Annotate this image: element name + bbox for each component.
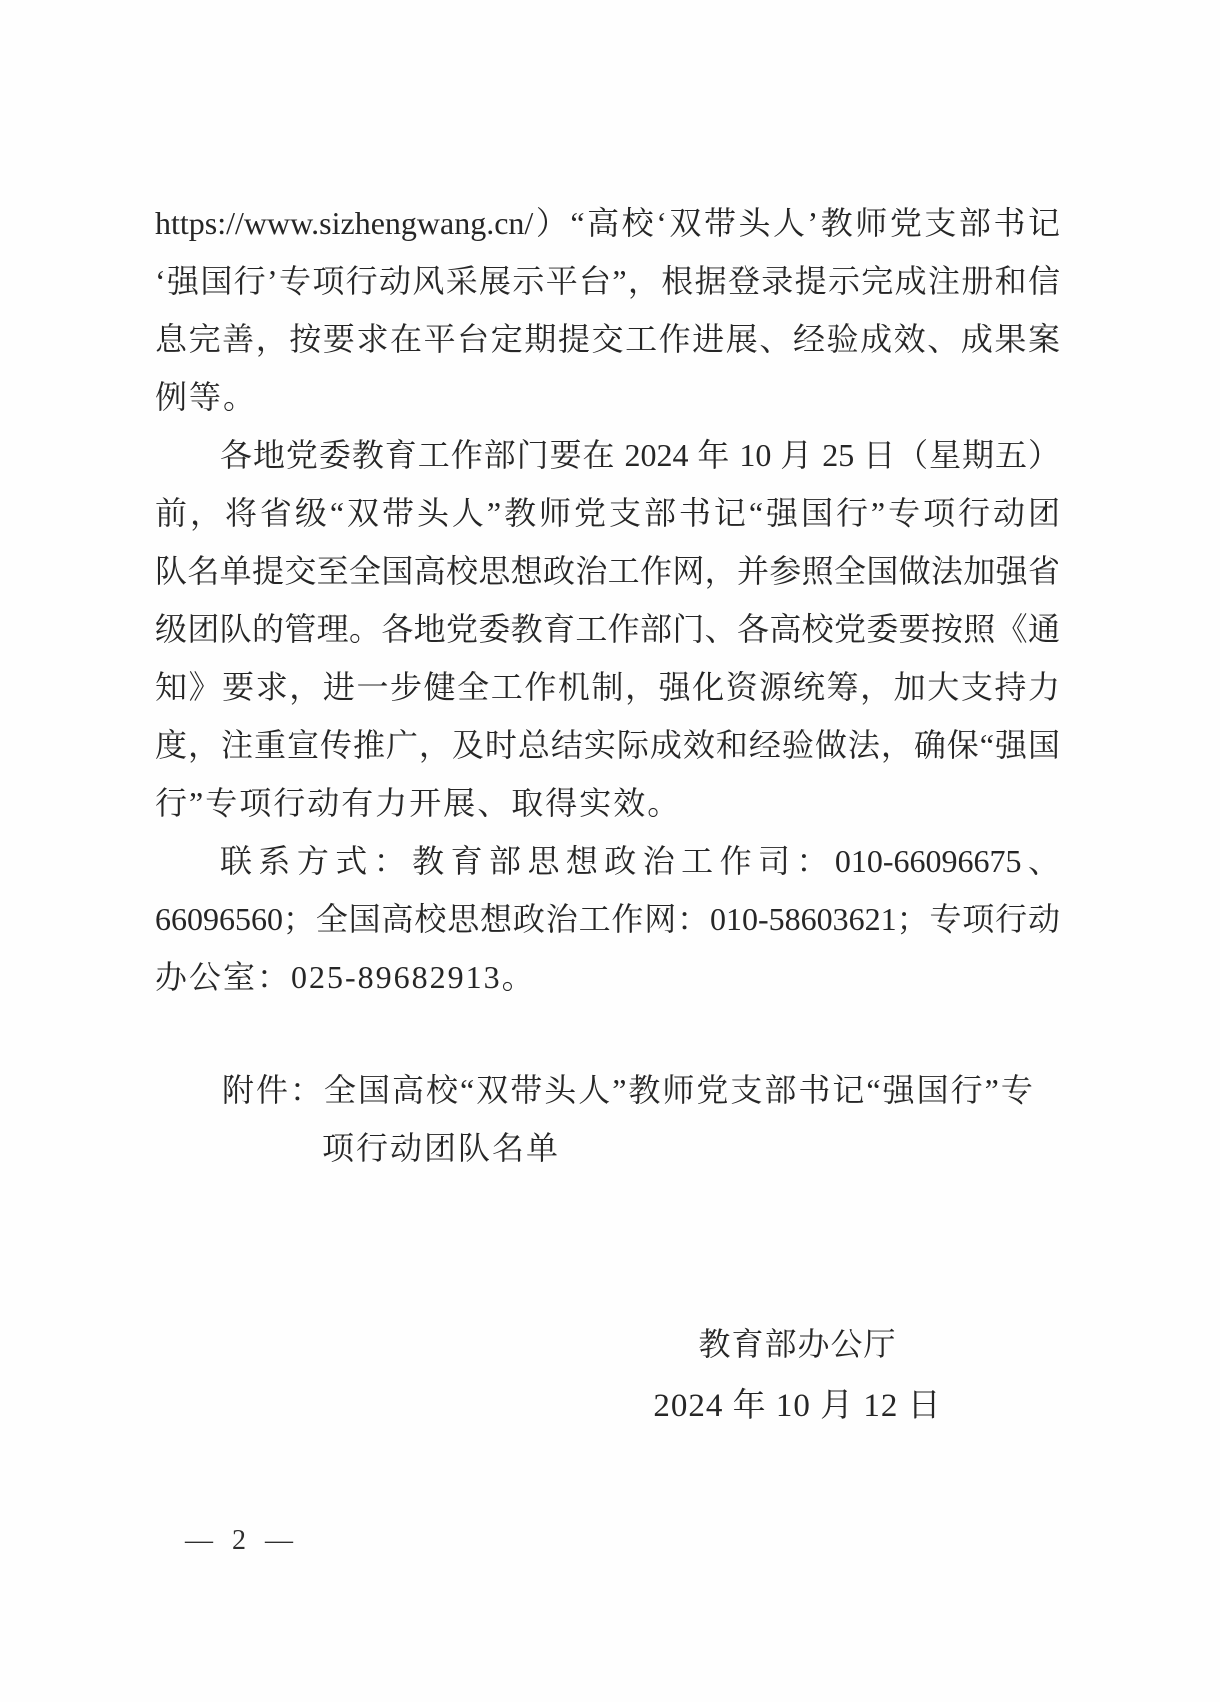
body-line: 行”专项行动有力开展、取得实效。	[155, 774, 1060, 832]
document-page: https://www.sizhengwang.cn/）“高校‘双带头人’教师党…	[0, 0, 1220, 1702]
body-line: ‘强国行’专项行动风采展示平台”，根据登录提示完成注册和信	[155, 252, 1060, 310]
body-line: https://www.sizhengwang.cn/）“高校‘双带头人’教师党…	[155, 194, 1060, 252]
attachment-line: 附件：全国高校“双带头人”教师党支部书记“强国行”专	[155, 1061, 1060, 1119]
body-line: 前，将省级“双带头人”教师党支部书记“强国行”专项行动团	[155, 484, 1060, 542]
body-line: 知》要求，进一步健全工作机制，强化资源统筹，加大支持力	[155, 658, 1060, 716]
body-line: 办公室：025-89682913。	[155, 948, 1060, 1006]
body-line: 66096560；全国高校思想政治工作网：010-58603621；专项行动	[155, 890, 1060, 948]
issuer-signature: 教育部办公厅	[545, 1326, 1050, 1362]
attachment-line: 项行动团队名单	[155, 1119, 1060, 1177]
body-line: 联系方式：教育部思想政治工作司：010-66096675、	[155, 832, 1060, 890]
body-line: 各地党委教育工作部门要在 2024 年 10 月 25 日（星期五）	[155, 426, 1060, 484]
document-body: https://www.sizhengwang.cn/）“高校‘双带头人’教师党…	[155, 194, 1060, 1006]
body-line: 例等。	[155, 368, 1060, 426]
body-line: 息完善，按要求在平台定期提交工作进展、经验成效、成果案	[155, 310, 1060, 368]
issue-date: 2024 年 10 月 12 日	[545, 1388, 1050, 1424]
body-line: 级团队的管理。各地党委教育工作部门、各高校党委要按照《通	[155, 600, 1060, 658]
body-line: 度，注重宣传推广，及时总结实际成效和经验做法，确保“强国	[155, 716, 1060, 774]
page-number: — 2 —	[185, 1524, 299, 1558]
attachment-note: 附件：全国高校“双带头人”教师党支部书记“强国行”专 项行动团队名单	[155, 1061, 1060, 1177]
body-line: 队名单提交至全国高校思想政治工作网，并参照全国做法加强省	[155, 542, 1060, 600]
